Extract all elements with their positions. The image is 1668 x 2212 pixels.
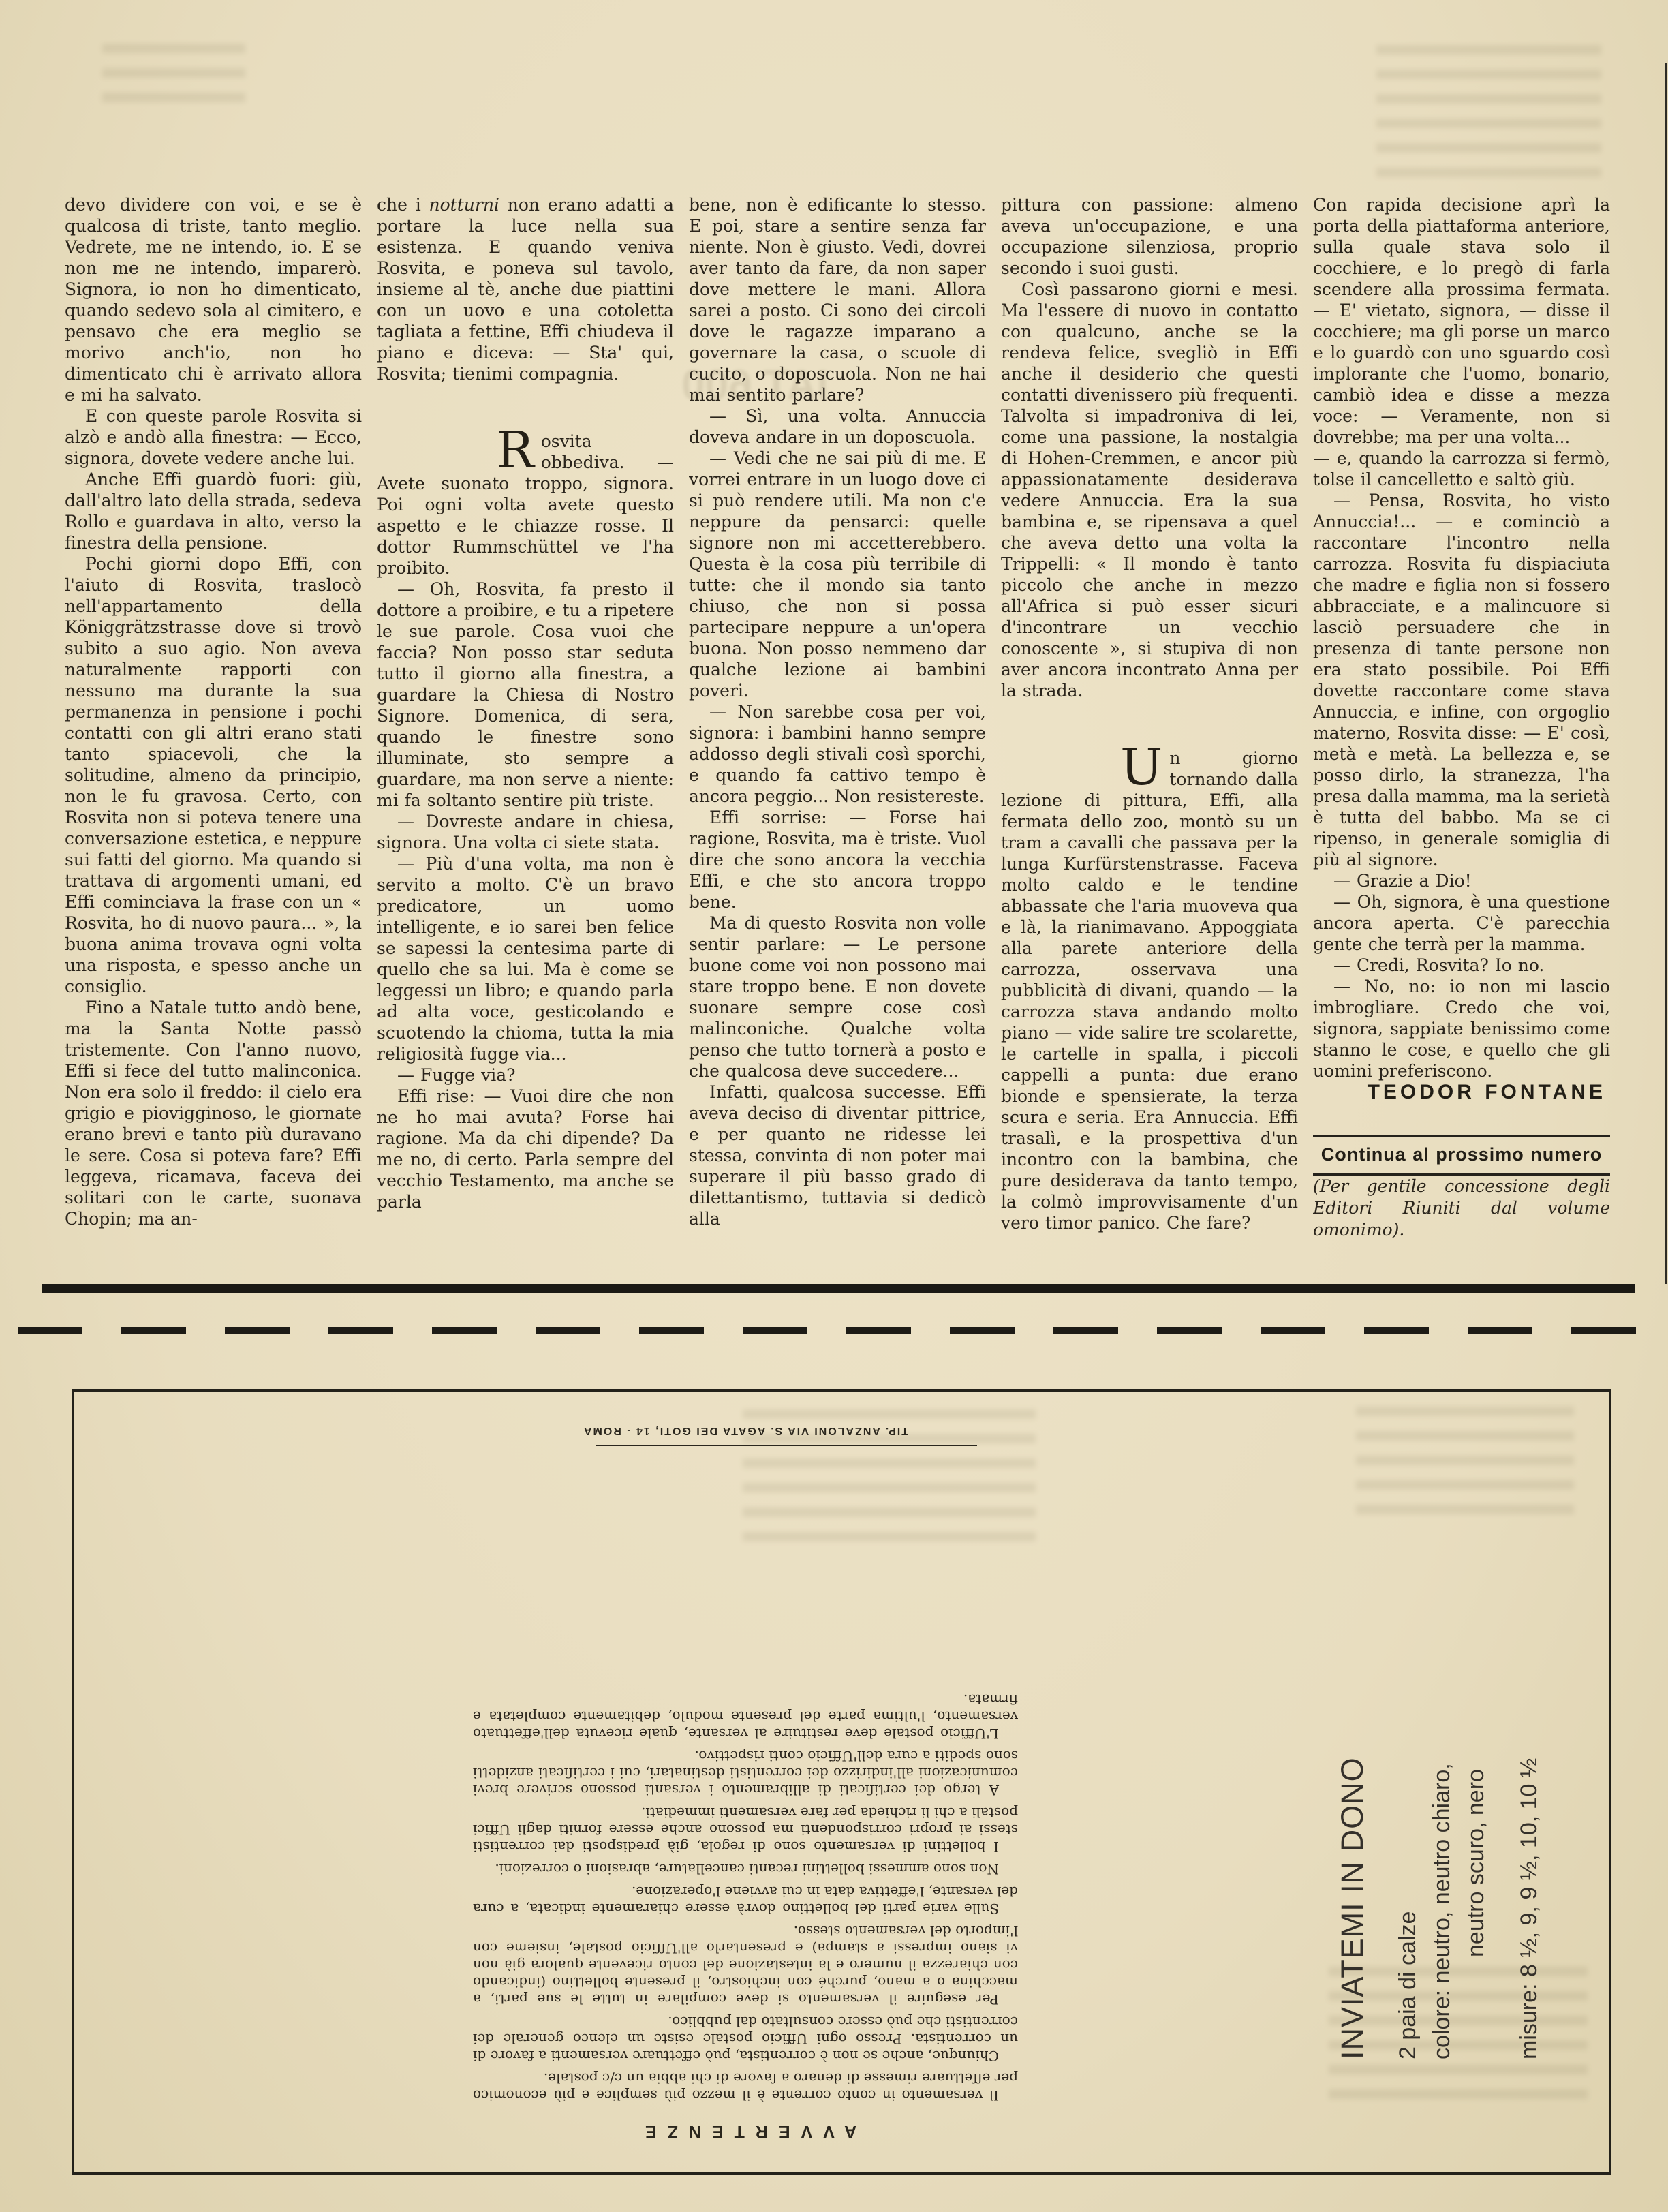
story-paragraph: bene, non è edificante lo stesso. E poi,…	[689, 194, 986, 405]
story-paragraph: — Grazie a Dio!	[1313, 870, 1610, 891]
form-paragraph: Sulle varie parti del bollettino dovrà e…	[473, 1883, 1018, 1917]
gift-line: neutro scuro, nero	[1459, 1535, 1493, 2059]
story-paragraph: Anche Effi guardò fuori: giù, dall'altro…	[65, 469, 362, 553]
form-paragraph: I bollettini di versamento sono di regol…	[473, 1804, 1018, 1855]
story-paragraph: Effi sorrise: — Forse hai ragione, Rosvi…	[689, 807, 986, 912]
printer-rule	[596, 1445, 977, 1446]
story-column-text: pittura con passione: almeno aveva un'oc…	[1001, 194, 1298, 1233]
dropcap-letter: U	[1120, 748, 1169, 790]
story-paragraph: — Sì, una volta. Annuccia doveva andare …	[689, 405, 986, 448]
story-paragraph: — Fugge via?	[377, 1064, 674, 1086]
story-column-text: che i notturni non erano adatti a portar…	[377, 194, 674, 1212]
gift-coupon-lines: 2 paia di calzecolore: neutro, neutro ch…	[1391, 1535, 1546, 2059]
story-paragraph: — Oh, Rosvita, fa presto il dottore a pr…	[377, 579, 674, 811]
publisher-credit: (Per gentile concessione degli Editori R…	[1313, 1176, 1610, 1241]
printer-credit: TIP. ANZALONI VIA S. AGATA DEI GOTI, 14 …	[473, 1424, 1018, 1437]
story-column-text: Con rapida decisione aprì la porta della…	[1313, 194, 1610, 1081]
story-paragraph: Con rapida decisione aprì la porta della…	[1313, 194, 1610, 448]
story-paragraph: — Più d'una volta, ma non è servito a mo…	[377, 853, 674, 1064]
story-column-5: Con rapida decisione aprì la porta della…	[1313, 194, 1610, 1285]
dropcap-spacer	[377, 431, 496, 473]
story-column-2: che i notturni non erano adatti a portar…	[377, 194, 674, 1257]
thick-rule	[42, 1284, 1635, 1293]
postal-form-box: AVVERTENZE Il versamento in conto corren…	[72, 1389, 1611, 2175]
dashed-rule	[18, 1327, 1667, 1334]
story-paragraph: Pochi giorni dopo Effi, con l'aiuto di R…	[65, 553, 362, 997]
bleed-through-ghost	[1376, 44, 1601, 177]
story-paragraph: — Oh, signora, è una questione ancora ap…	[1313, 891, 1610, 955]
form-paragraph: Per eseguire il versamento si deve compi…	[473, 1922, 1018, 2008]
dropcap-letter: R	[496, 431, 541, 473]
story-paragraph: pittura con passione: almeno aveva un'oc…	[1001, 194, 1298, 279]
story-paragraph: — Credi, Rosvita? Io no.	[1313, 955, 1610, 976]
gift-coupon-block-rotated: INVIATEMI IN DONO 2 paia di calzecolore:…	[1335, 1535, 1580, 2059]
story-paragraph: Rosvita obbediva. — Avete suonato troppo…	[377, 431, 674, 579]
avvertenze-title: AVVERTENZE	[473, 2121, 1018, 2141]
story-paragraph: Infatti, qualcosa successe. Effi aveva d…	[689, 1081, 986, 1229]
dropcap-spacer	[1001, 748, 1120, 790]
page-edge-line	[1665, 63, 1667, 1284]
story-column-3: bene, non è edificante lo stesso. E poi,…	[689, 194, 986, 1257]
spacer	[473, 1456, 1018, 1685]
avvertenze-block-rotated: AVVERTENZE Il versamento in conto corren…	[473, 1424, 1018, 2141]
story-paragraph: che i notturni non erano adatti a portar…	[377, 194, 674, 384]
story-paragraph: Un giorno tornando dalla lezione di pitt…	[1001, 748, 1298, 1233]
gift-coupon-text: INVIATEMI IN DONO 2 paia di calzecolore:…	[1335, 1535, 1580, 2059]
gift-line: misure: 8 ½, 9, 9 ½, 10, 10 ½	[1512, 1535, 1546, 2059]
form-paragraph: Chiunque, anche se non è correntista, pu…	[473, 2013, 1018, 2064]
gift-line: 2 paia di calze	[1391, 1535, 1425, 2059]
gift-line: colore: neutro, neutro chiaro,	[1425, 1535, 1459, 2059]
story-paragraph: — Vedi che ne sai più di me. E vorrei en…	[689, 448, 986, 701]
story-paragraph: — No, no: io non mi lascio imbrogliare. …	[1313, 976, 1610, 1081]
form-paragraph: Non sono ammessi bollettini recanti canc…	[473, 1860, 1018, 1877]
gift-coupon-title: INVIATEMI IN DONO	[1335, 1535, 1370, 2059]
story-paragraph: E con queste parole Rosvita si alzò e an…	[65, 405, 362, 469]
form-paragraph: A tergo dei certificati di allibramento …	[473, 1747, 1018, 1798]
story-paragraph: — Dovreste andare in chiesa, signora. Un…	[377, 811, 674, 853]
story-paragraph: — Non sarebbe cosa per voi, signora: i b…	[689, 701, 986, 807]
continua-banner: Continua al prossimo numero	[1313, 1135, 1610, 1176]
form-paragraph: L'Ufficio postale deve restituire al ver…	[473, 1691, 1018, 1742]
avvertenze-paragraphs: Il versamento in conto corrente è il mez…	[473, 1685, 1018, 2104]
story-paragraph: Fino a Natale tutto andò bene, ma la San…	[65, 997, 362, 1229]
story-paragraph: Effi rise: — Vuoi dire che non ne ho mai…	[377, 1086, 674, 1212]
scanned-magazine-page: { "colors":{"paper":"#e8ddbf","ink":"#2b…	[0, 0, 1668, 2212]
story-column-text: bene, non è edificante lo stesso. E poi,…	[689, 194, 986, 1229]
form-paragraph: Il versamento in conto corrente è il mez…	[473, 2070, 1018, 2104]
story-paragraph: Così passarono giorni e mesi. Ma l'esser…	[1001, 279, 1298, 701]
story-column-1: devo dividere con voi, e se è qualcosa d…	[65, 194, 362, 1257]
bleed-through-ghost	[102, 37, 245, 102]
story-paragraph: Ma di questo Rosvita non volle sentir pa…	[689, 912, 986, 1081]
author-byline: TEODOR FONTANE	[1313, 1081, 1610, 1103]
story-paragraph: devo dividere con voi, e se è qualcosa d…	[65, 194, 362, 405]
story-paragraph: — e, quando la carrozza si fermò, tolse …	[1313, 448, 1610, 490]
story-column-text: devo dividere con voi, e se è qualcosa d…	[65, 194, 362, 1229]
story-column-4: pittura con passione: almeno aveva un'oc…	[1001, 194, 1298, 1257]
story-paragraph: — Pensa, Rosvita, ho visto Annuccia!... …	[1313, 490, 1610, 870]
